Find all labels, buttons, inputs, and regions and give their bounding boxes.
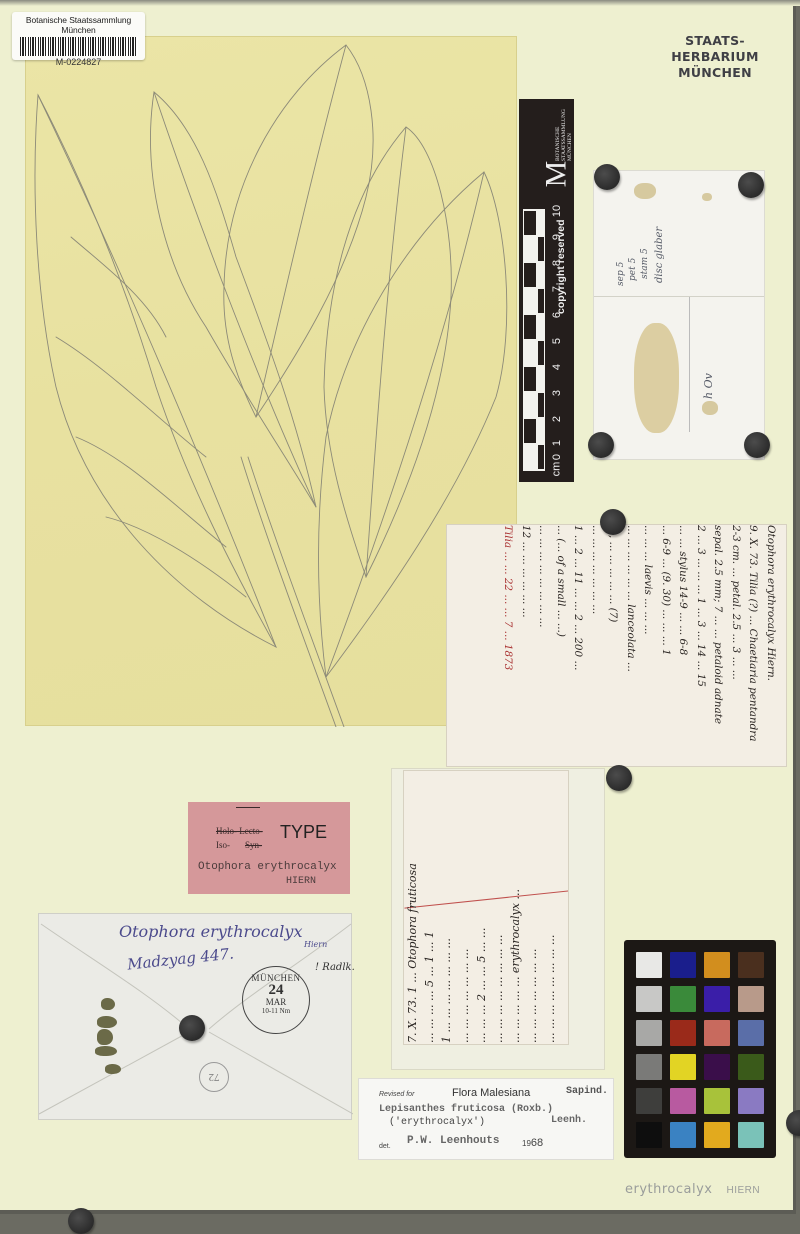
- color-swatch: [738, 1122, 764, 1148]
- envelope-author: Hiern: [304, 940, 327, 949]
- herbarium-stamp: STAATS- HERBARIUM MÜNCHEN: [660, 33, 770, 81]
- det-label: det.: [379, 1143, 391, 1150]
- color-swatch: [636, 1054, 662, 1080]
- stain: [702, 401, 718, 415]
- type-author: HIERN: [286, 876, 316, 887]
- magnet-icon: [738, 172, 764, 198]
- packet-note: stam 5: [640, 248, 650, 279]
- postmark-month: MAR: [243, 997, 309, 1007]
- leaf-sketch-icon: [26, 37, 518, 727]
- leaf-drawing-tracing: [25, 36, 517, 726]
- color-swatch: [738, 986, 764, 1012]
- seed: [97, 1029, 113, 1045]
- stamp-line: MÜNCHEN: [660, 65, 770, 81]
- determiner: P.W. Leenhouts: [407, 1135, 499, 1147]
- color-swatch: [738, 1054, 764, 1080]
- annotation-name: erythrocalyx: [625, 1182, 713, 1197]
- revision-label: Revised for Flora Malesiana Sapind. Lepi…: [358, 1078, 614, 1160]
- postmark: MÜNCHEN 24 MAR 10-11 Nm: [242, 966, 310, 1034]
- magnet-icon: [606, 765, 632, 791]
- color-swatch: [704, 986, 730, 1012]
- revised-author: Leenh.: [551, 1115, 587, 1126]
- stain: [702, 193, 712, 201]
- handwritten-note-2: 7. X. 73. 1 ... Otophora fruticosa ... .…: [403, 770, 569, 1045]
- label-mark: [236, 807, 260, 808]
- packet-note: h Ov: [702, 373, 715, 399]
- institution-logo-icon: M: [539, 161, 573, 188]
- pencil-number: 72: [199, 1062, 229, 1092]
- type-iso: Iso-: [216, 840, 230, 850]
- seed: [97, 1016, 117, 1028]
- color-swatch: [636, 1122, 662, 1148]
- seed: [95, 1046, 117, 1056]
- color-swatch: [670, 1020, 696, 1046]
- packet-note: disc glaber: [654, 227, 665, 283]
- original-epithet: ('erythrocalyx'): [389, 1117, 485, 1128]
- color-swatch: [636, 952, 662, 978]
- revised-for: Revised for: [379, 1091, 414, 1098]
- sheet-top-edge: [0, 0, 800, 6]
- envelope-species-name: Otophora erythrocalyx: [119, 922, 302, 941]
- type-species: Otophora erythrocalyx: [198, 861, 337, 873]
- color-swatch: [670, 1122, 696, 1148]
- color-swatch: [704, 1020, 730, 1046]
- packet-note: sep 5: [616, 262, 626, 286]
- color-swatch: [704, 1088, 730, 1114]
- magnet-icon: [594, 164, 620, 190]
- family-name: Sapind.: [566, 1086, 608, 1097]
- color-swatch: [738, 952, 764, 978]
- packet-fold: [594, 296, 764, 297]
- color-swatch: [704, 1122, 730, 1148]
- color-swatch: [670, 986, 696, 1012]
- ruler-number: 10: [551, 203, 563, 219]
- stamp-line: HERBARIUM: [660, 49, 770, 65]
- color-calibration-chart: [624, 940, 776, 1158]
- color-swatch: [636, 1088, 662, 1114]
- seed: [105, 1064, 121, 1074]
- packet-divider: [689, 297, 690, 432]
- logo-text: BOTANISCHE STAATSSAMMLUNG MÜNCHEN: [555, 109, 573, 161]
- ruler-number: 3: [551, 385, 563, 401]
- color-swatch: [738, 1020, 764, 1046]
- color-swatch: [704, 1054, 730, 1080]
- stain: [634, 323, 679, 433]
- handwritten-text: 7. X. 73. 1 ... Otophora fruticosa ... .…: [404, 863, 559, 1043]
- barcode-label: Botanische Staatssammlung München M-0224…: [12, 12, 145, 60]
- annotation-author: HIERN: [727, 1185, 761, 1196]
- stain: [634, 183, 656, 199]
- ruler-number: 4: [551, 359, 563, 375]
- color-swatch: [704, 952, 730, 978]
- envelope-annotation: ! Radlk.: [315, 962, 355, 973]
- flora-name: Flora Malesiana: [452, 1087, 530, 1099]
- seed: [101, 998, 115, 1010]
- postmark-day: 24: [243, 983, 309, 997]
- handwritten-text: Otophora erythrocalyx Hiern. 9. X. 73. T…: [499, 525, 779, 741]
- ruler-unit: cm: [550, 462, 562, 477]
- magnet-icon: [600, 509, 626, 535]
- ruler-number: 5: [551, 333, 563, 349]
- copyright-text: copyright reserved: [555, 219, 567, 314]
- ruler-scale-bar: [523, 209, 545, 471]
- color-swatch: [670, 952, 696, 978]
- color-swatch: [636, 1020, 662, 1046]
- color-swatch: [738, 1088, 764, 1114]
- stamp-line: STAATS-: [660, 33, 770, 49]
- magnet-icon: [179, 1015, 205, 1041]
- catalog-number: M-0224827: [12, 57, 145, 67]
- magnet-icon: [744, 432, 770, 458]
- det-year: 1968: [522, 1137, 543, 1149]
- pencil-annotation: erythrocalyxHIERN: [625, 1182, 760, 1197]
- type-heading: TYPE: [280, 822, 327, 843]
- type-label: Holo- Lecto- Iso- Syn- TYPE Otophora ery…: [188, 802, 350, 894]
- color-swatch: [636, 986, 662, 1012]
- type-holo-lecto: Holo- Lecto-: [216, 826, 263, 836]
- institution-name: Botanische Staatssammlung München: [12, 15, 145, 35]
- color-swatch: [670, 1088, 696, 1114]
- postmark-time: 10-11 Nm: [243, 1007, 309, 1015]
- ruler-number: 2: [551, 411, 563, 427]
- magnet-icon: [588, 432, 614, 458]
- scale-ruler: M BOTANISCHE STAATSSAMMLUNG MÜNCHEN 10 9…: [519, 99, 574, 482]
- packet-note: pet 5: [628, 258, 638, 281]
- revised-species: Lepisanthes fruticosa (Roxb.): [379, 1104, 553, 1115]
- handwritten-note-1: Otophora erythrocalyx Hiern. 9. X. 73. T…: [446, 524, 787, 767]
- type-syn: Syn-: [245, 840, 262, 850]
- barcode-icon: [20, 37, 138, 56]
- fragment-packet: sep 5 pet 5 stam 5 disc glaber h Ov: [593, 170, 765, 460]
- color-swatch: [670, 1054, 696, 1080]
